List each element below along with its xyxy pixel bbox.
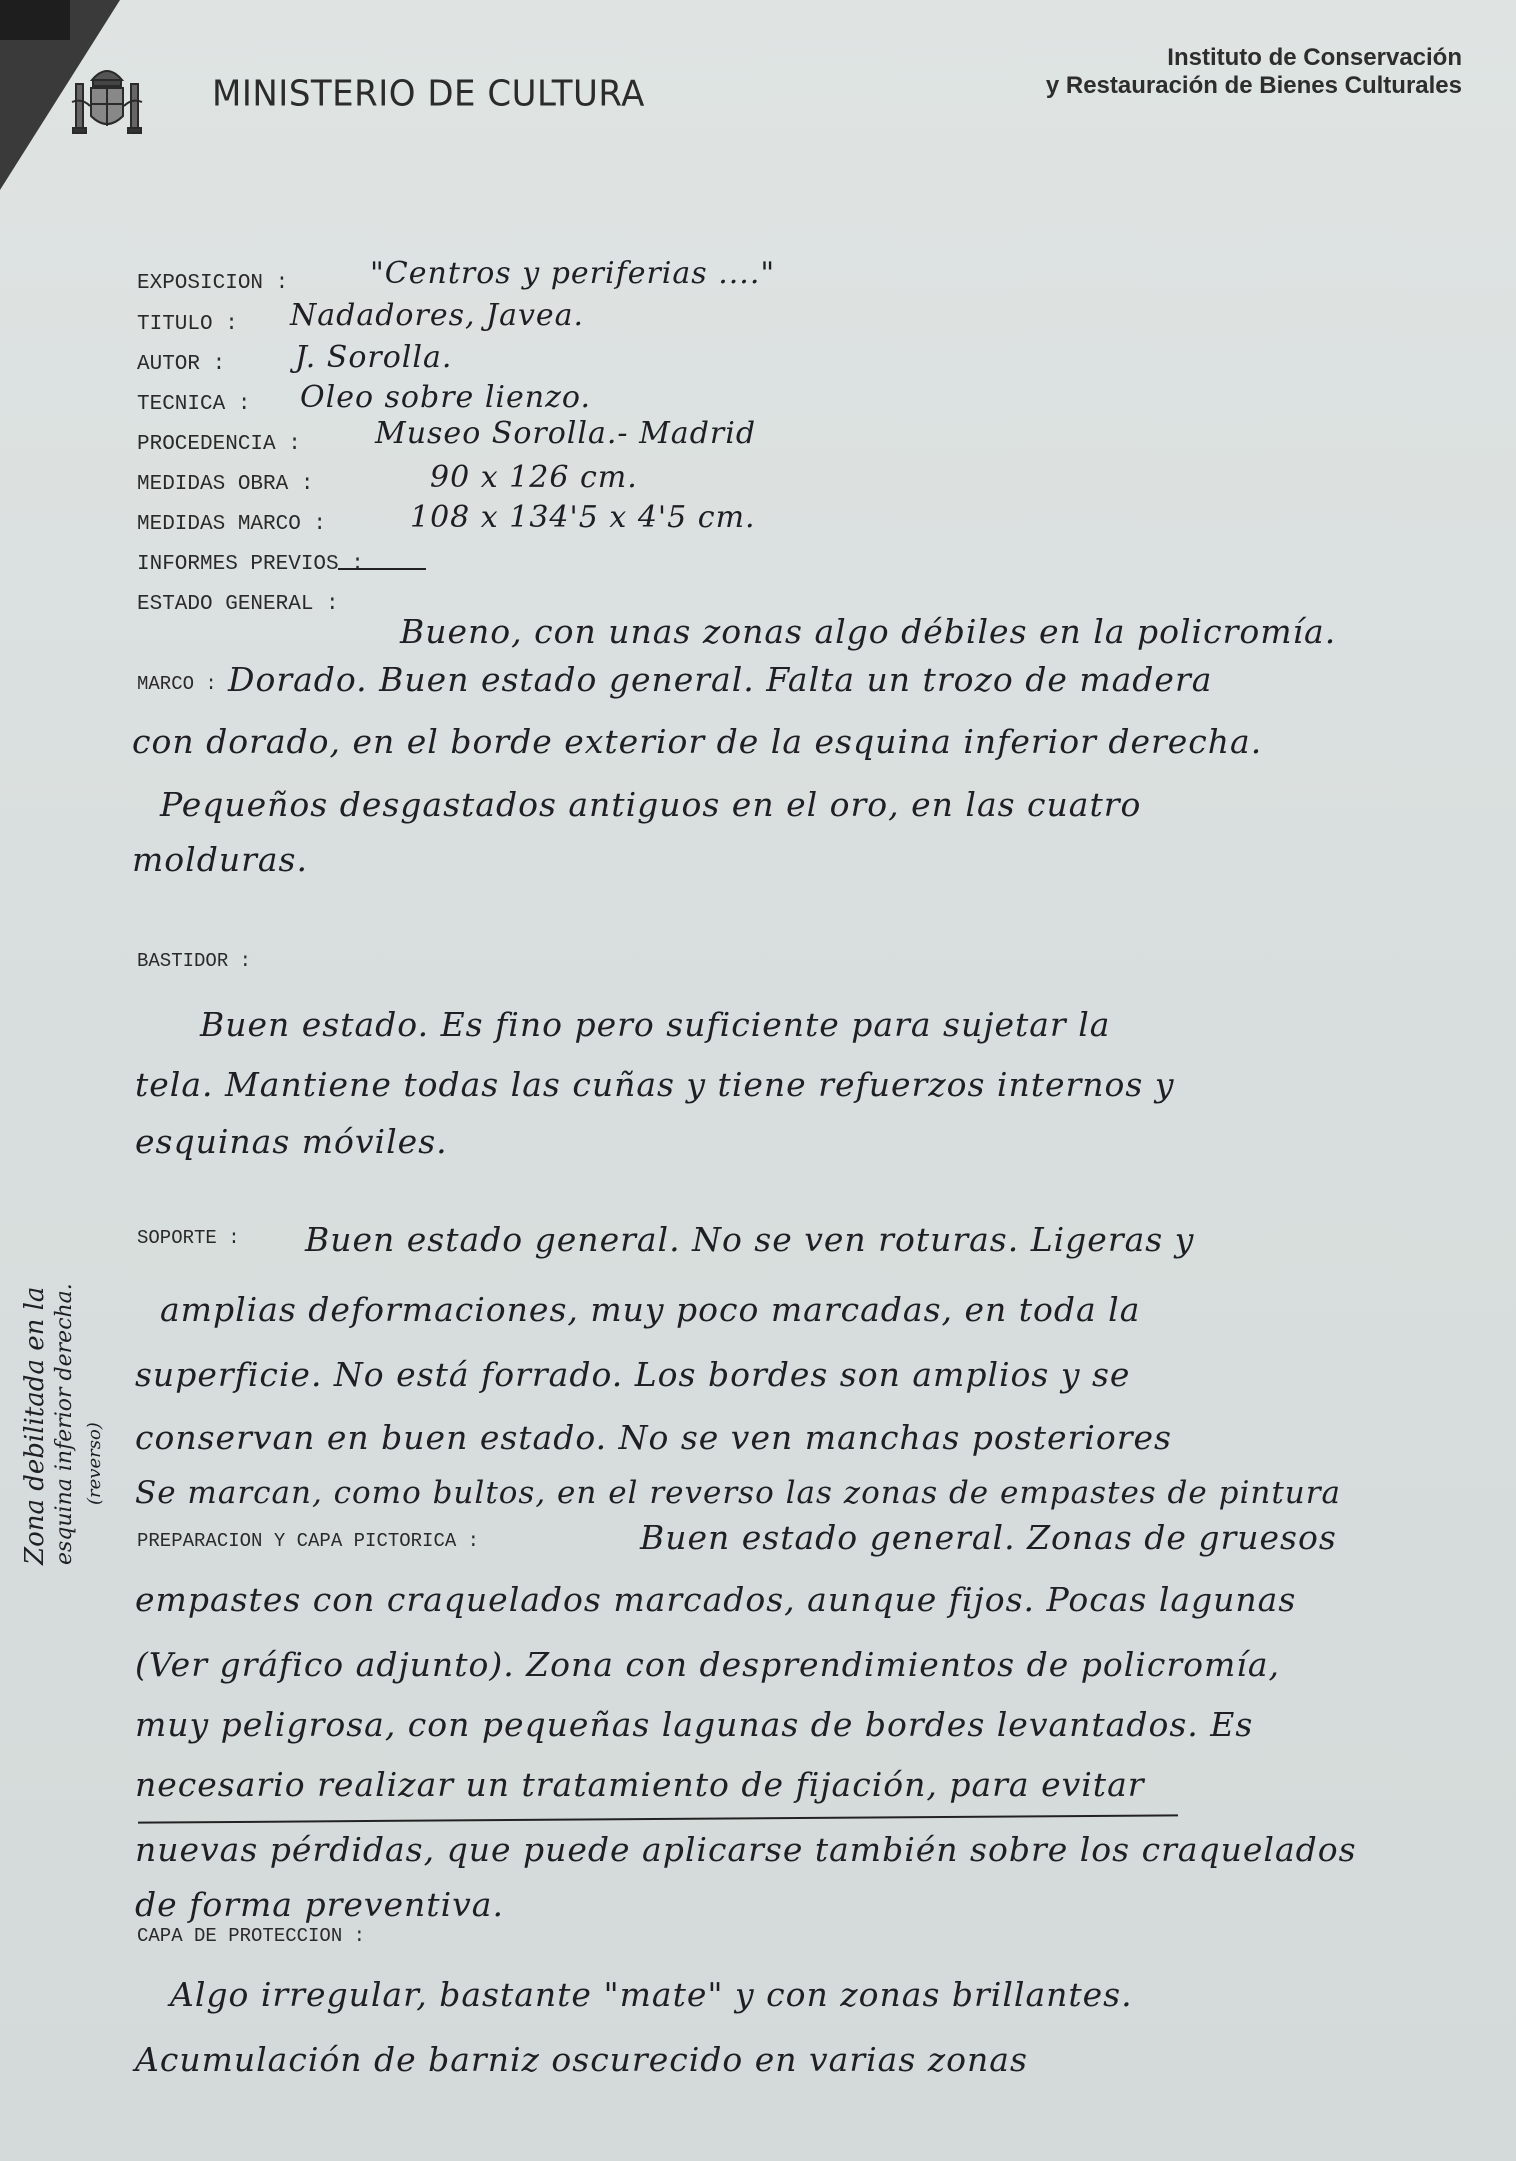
exposicion-value: "Centros y periferias ...." — [370, 256, 775, 291]
medidas-obra-value: 90 x 126 cm. — [430, 460, 638, 495]
preparacion-line-5: necesario realizar un tratamiento de fij… — [135, 1765, 1145, 1804]
coat-of-arms-icon — [66, 58, 148, 140]
estado-general-line-1: Bueno, con unas zonas algo débiles en la… — [400, 612, 1336, 651]
scan-shadow-edge — [0, 0, 70, 40]
autor-label: AUTOR : — [137, 353, 225, 376]
document-page: MINISTERIO DE CULTURA Instituto de Conse… — [0, 0, 1516, 2161]
bastidor-line-3: esquinas móviles. — [135, 1122, 448, 1161]
preparacion-line-4: muy peligrosa, con pequeñas lagunas de b… — [135, 1705, 1253, 1744]
medidas-marco-label: MEDIDAS MARCO : — [137, 513, 326, 536]
medidas-marco-value: 108 x 134'5 x 4'5 cm. — [410, 500, 756, 535]
institute-name: Instituto de Conservación y Restauración… — [1046, 44, 1462, 100]
soporte-line-3: superficie. No está forrado. Los bordes … — [135, 1355, 1130, 1394]
tecnica-label: TECNICA : — [137, 393, 250, 416]
preparacion-label: PREPARACION Y CAPA PICTORICA : — [137, 1530, 479, 1552]
margin-note-line-3: (reverso) — [80, 1165, 110, 1565]
soporte-line-2: amplias deformaciones, muy poco marcadas… — [160, 1290, 1140, 1329]
soporte-label: SOPORTE : — [137, 1227, 240, 1249]
preparacion-line-3: (Ver gráfico adjunto). Zona con desprend… — [135, 1645, 1280, 1684]
soporte-line-4: conservan en buen estado. No se ven manc… — [135, 1418, 1172, 1457]
margin-note: Zona debilitada en la esquina inferior d… — [20, 1165, 130, 1565]
bastidor-line-2: tela. Mantiene todas las cuñas y tiene r… — [135, 1065, 1175, 1104]
soporte-line-1: Buen estado general. No se ven roturas. … — [305, 1220, 1194, 1259]
marco-line-2: con dorado, en el borde exterior de la e… — [132, 722, 1262, 761]
institute-line-1: Instituto de Conservación — [1046, 44, 1462, 72]
autor-value: J. Sorolla. — [295, 340, 452, 375]
ministry-title: MINISTERIO DE CULTURA — [212, 73, 645, 115]
preparacion-line-1: Buen estado general. Zonas de gruesos — [640, 1518, 1337, 1557]
fijacion-underline — [138, 1814, 1178, 1823]
titulo-value: Nadadores, Javea. — [290, 298, 584, 333]
marco-line-4: molduras. — [132, 840, 308, 879]
titulo-label: TITULO : — [137, 313, 238, 336]
bastidor-label: BASTIDOR : — [137, 950, 251, 972]
procedencia-label: PROCEDENCIA : — [137, 433, 301, 456]
soporte-line-5: Se marcan, como bultos, en el reverso la… — [135, 1475, 1341, 1511]
medidas-obra-label: MEDIDAS OBRA : — [137, 473, 313, 496]
capa-proteccion-line-1: Algo irregular, bastante "mate" y con zo… — [170, 1975, 1133, 2014]
bastidor-line-1: Buen estado. Es fino pero suficiente par… — [200, 1005, 1110, 1044]
institute-line-2: y Restauración de Bienes Culturales — [1046, 72, 1462, 100]
estado-general-label: ESTADO GENERAL : — [137, 593, 339, 616]
procedencia-value: Museo Sorolla.- Madrid — [375, 416, 756, 451]
exposicion-label: EXPOSICION : — [137, 272, 288, 295]
margin-note-line-1: Zona debilitada en la — [20, 1165, 50, 1565]
marco-line-1: Dorado. Buen estado general. Falta un tr… — [228, 660, 1212, 699]
margin-note-line-2: esquina inferior derecha. — [50, 1165, 80, 1565]
marco-label: MARCO : — [137, 673, 217, 695]
capa-proteccion-line-2: Acumulación de barniz oscurecido en vari… — [135, 2040, 1028, 2079]
preparacion-line-6: nuevas pérdidas, que puede aplicarse tam… — [135, 1830, 1357, 1869]
marco-line-3: Pequeños desgastados antiguos en el oro,… — [160, 785, 1141, 824]
preparacion-line-7: de forma preventiva. — [135, 1885, 504, 1924]
tecnica-value: Oleo sobre lienzo. — [300, 380, 591, 415]
informes-previos-blank-line — [338, 568, 426, 570]
informes-previos-label: INFORMES PREVIOS : — [137, 553, 364, 576]
capa-proteccion-label: CAPA DE PROTECCION : — [137, 1925, 365, 1947]
preparacion-line-2: empastes con craquelados marcados, aunqu… — [135, 1580, 1296, 1619]
